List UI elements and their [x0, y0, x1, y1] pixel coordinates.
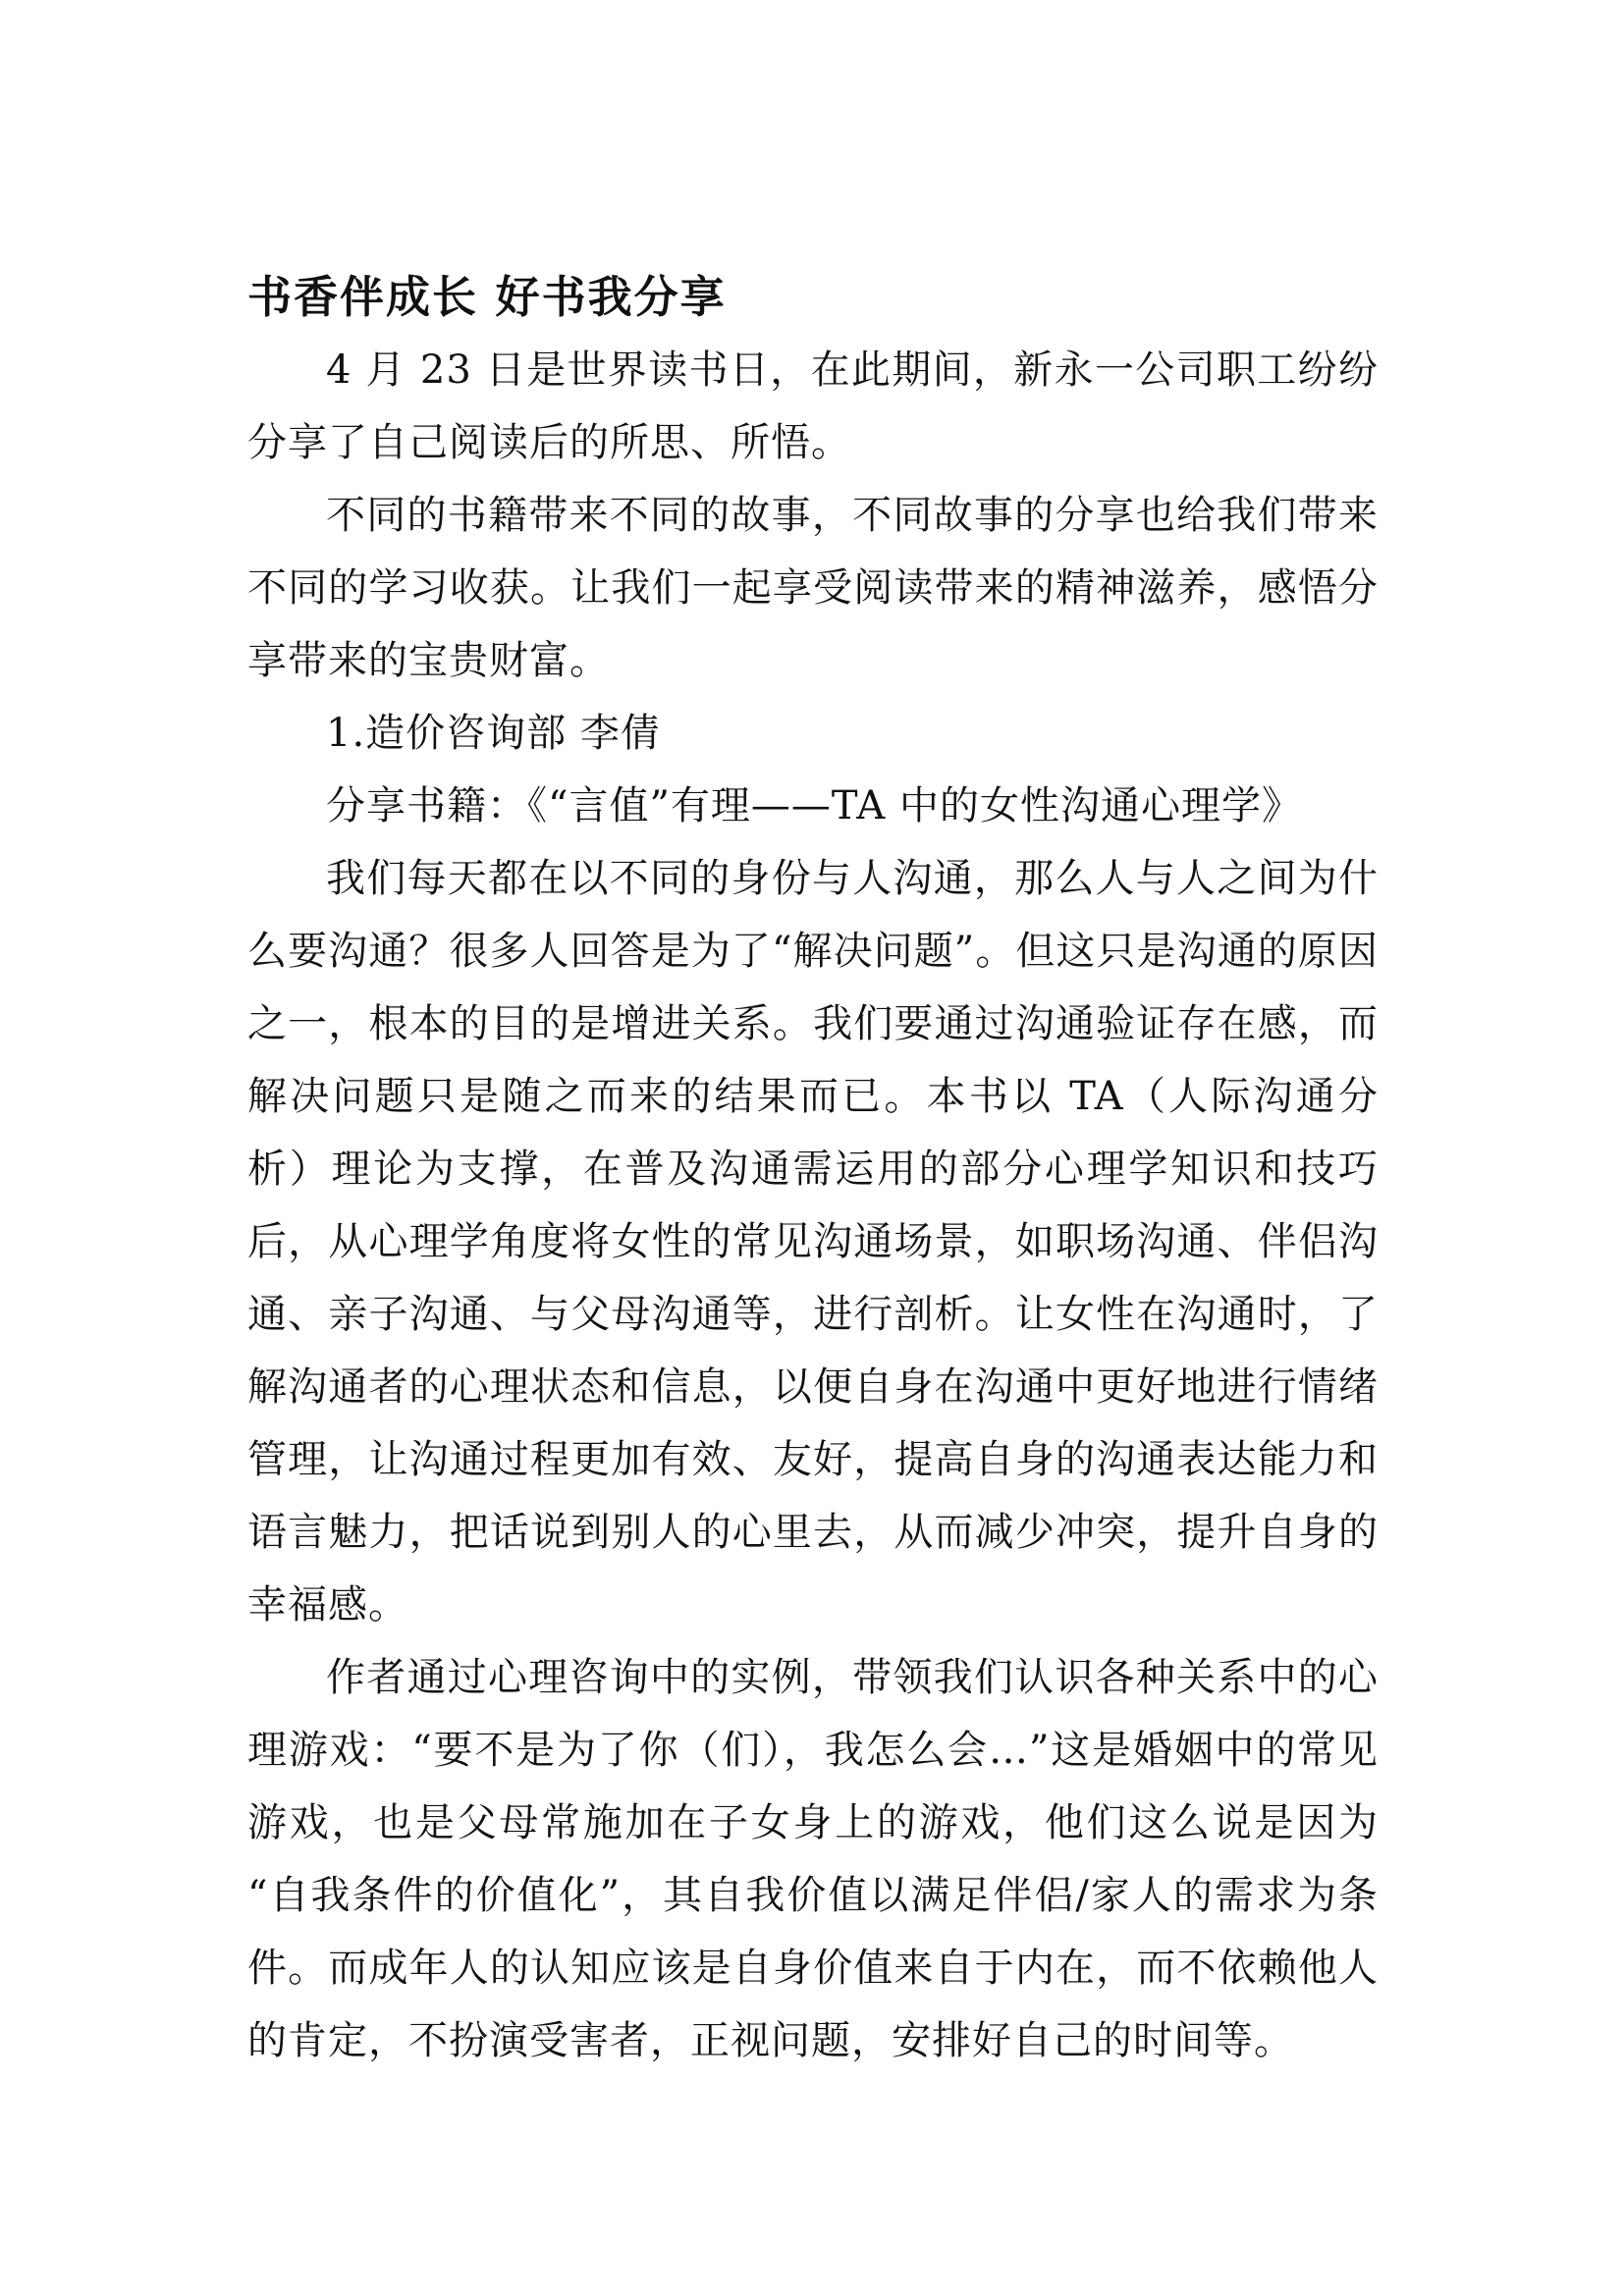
paragraph-sharer-name: 1.造价咨询部 李倩 [247, 697, 1379, 770]
paragraph-book-title: 分享书籍：《“言值”有理——TA 中的女性沟通心理学》 [247, 770, 1379, 842]
paragraph-intro-sharing: 不同的书籍带来不同的故事，不同故事的分享也给我们带来不同的学习收获。让我们一起享… [247, 479, 1379, 697]
document-title: 书香伴成长 好书我分享 [247, 261, 1379, 334]
paragraph-intro-date: 4 月 23 日是世界读书日，在此期间，新永一公司职工纷纷分享了自己阅读后的所思… [247, 334, 1379, 479]
paragraph-book-summary: 我们每天都在以不同的身份与人沟通，那么人与人之间为什么要沟通？很多人回答是为了“… [247, 842, 1379, 1641]
document-page: 书香伴成长 好书我分享 4 月 23 日是世界读书日，在此期间，新永一公司职工纷… [0, 0, 1624, 2296]
paragraph-author-examples: 作者通过心理咨询中的实例，带领我们认识各种关系中的心理游戏：“要不是为了你（们）… [247, 1641, 1379, 2077]
